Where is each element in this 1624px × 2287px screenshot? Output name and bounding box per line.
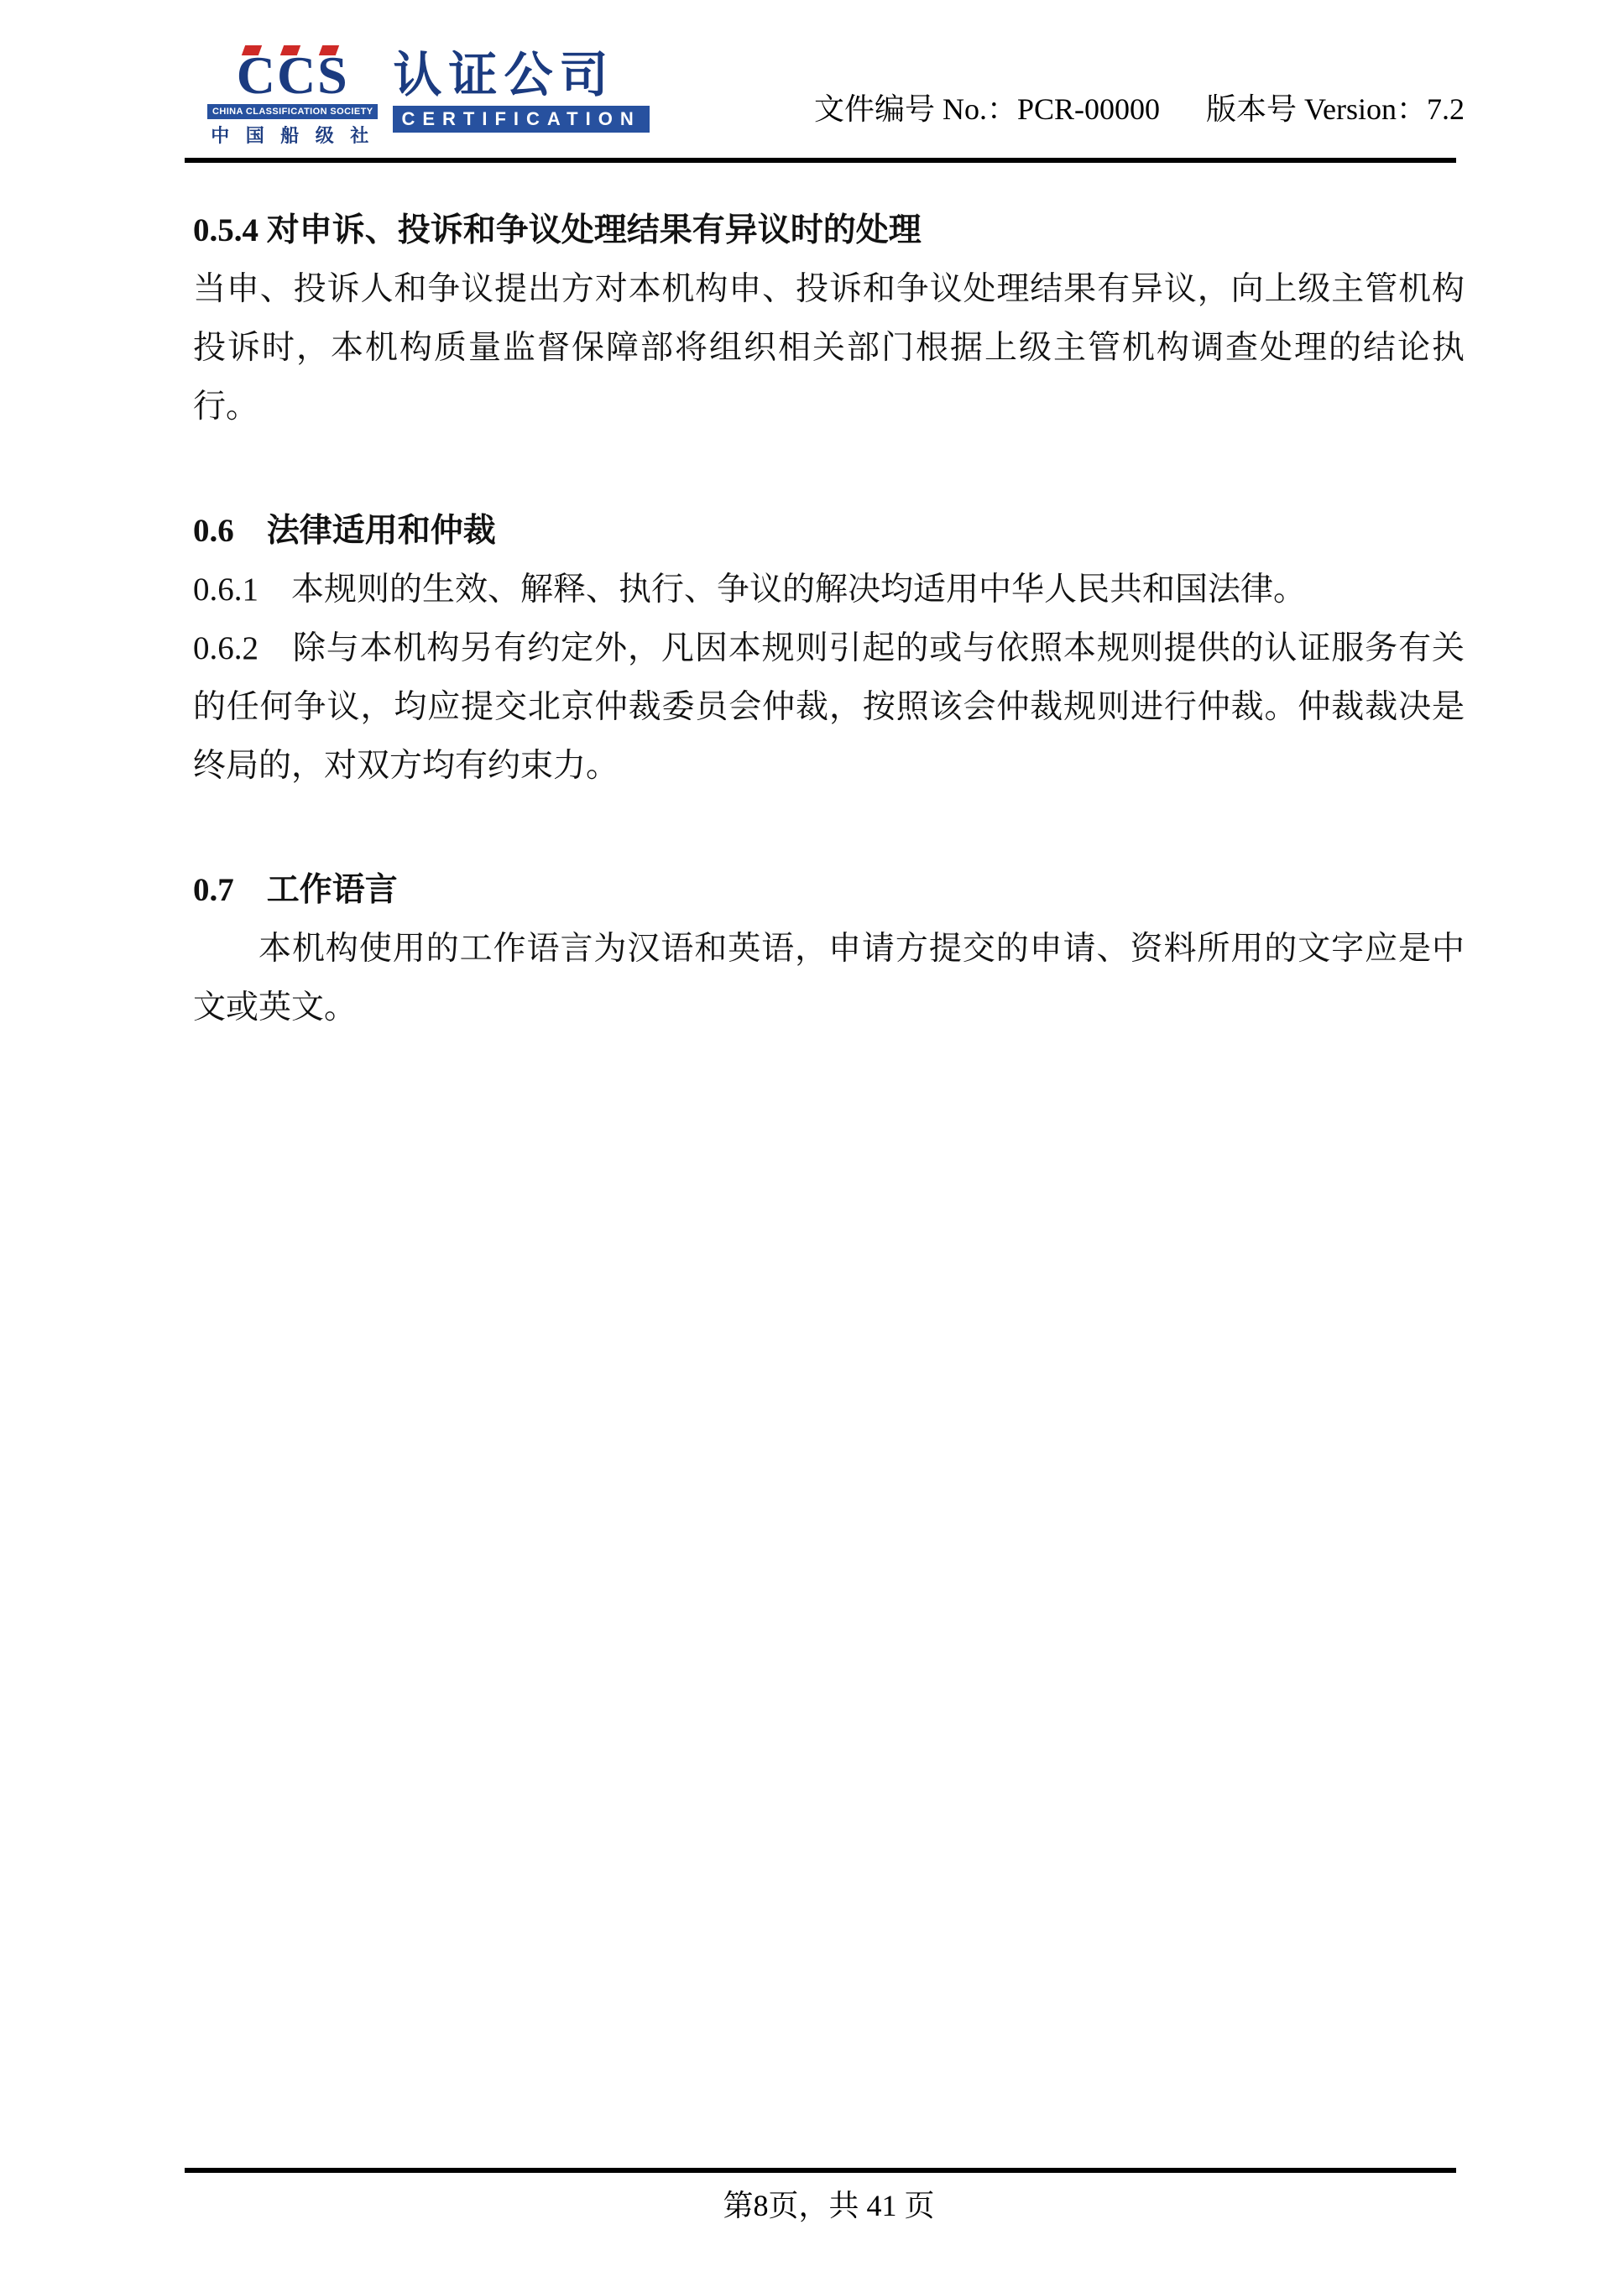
ccs-red-flag-icon [242, 45, 262, 55]
certification-banner: CERTIFICATION [393, 106, 649, 133]
ccs-logo-left: CCS CHINA CLASSIFICATION SOCIETY 中 国 船 级… [207, 50, 378, 148]
society-name-chinese: 中 国 船 级 社 [211, 122, 374, 148]
section-heading-0-6: 0.6 法律适用和仲裁 [193, 502, 1465, 561]
ccs-red-flag-icon [280, 45, 300, 55]
paragraph-0-6-1: 0.6.1 本规则的生效、解释、执行、争议的解决均适用中华人民共和国法律。 [193, 561, 1465, 619]
page-number: 第8页，共 41 页 [193, 2187, 1465, 2224]
header-meta: 文件编号 No.：PCR-00000 版本号 Version：7.2 [814, 86, 1465, 128]
ccs-logo: CCS CHINA CLASSIFICATION SOCIETY 中 国 船 级… [207, 50, 650, 148]
document-number: 文件编号 No.：PCR-00000 [814, 86, 1160, 128]
footer-divider [185, 2168, 1456, 2173]
company-name-chinese: 认证公司 [393, 50, 649, 102]
paragraph-0-6-2: 0.6.2 除与本机构另有约定外，凡因本规则引起的或与依照本规则提供的认证服务有… [193, 619, 1465, 796]
ccs-logo-right: 认证公司 CERTIFICATION [393, 50, 649, 133]
version-number: 版本号 Version：7.2 [1206, 86, 1465, 128]
paragraph-0-5-4: 当申、投诉人和争议提出方对本机构申、投诉和争议处理结果有异议，向上级主管机构投诉… [193, 260, 1465, 436]
society-banner: CHINA CLASSIFICATION SOCIETY [207, 104, 378, 119]
document-header: CCS CHINA CLASSIFICATION SOCIETY 中 国 船 级… [0, 0, 1624, 158]
document-body: 0.5.4 对申诉、投诉和争议处理结果有异议时的处理 当申、投诉人和争议提出方对… [193, 163, 1465, 1037]
ccs-red-flag-icon [319, 45, 339, 55]
section-heading-0-5-4: 0.5.4 对申诉、投诉和争议处理结果有异议时的处理 [193, 201, 1465, 260]
section-heading-0-7: 0.7 工作语言 [193, 861, 1465, 920]
ccs-wordmark: CCS [237, 50, 349, 102]
document-page: CCS CHINA CLASSIFICATION SOCIETY 中 国 船 级… [0, 0, 1624, 2287]
paragraph-0-7: 本机构使用的工作语言为汉语和英语，申请方提交的申请、资料所用的文字应是中文或英文… [193, 920, 1465, 1037]
